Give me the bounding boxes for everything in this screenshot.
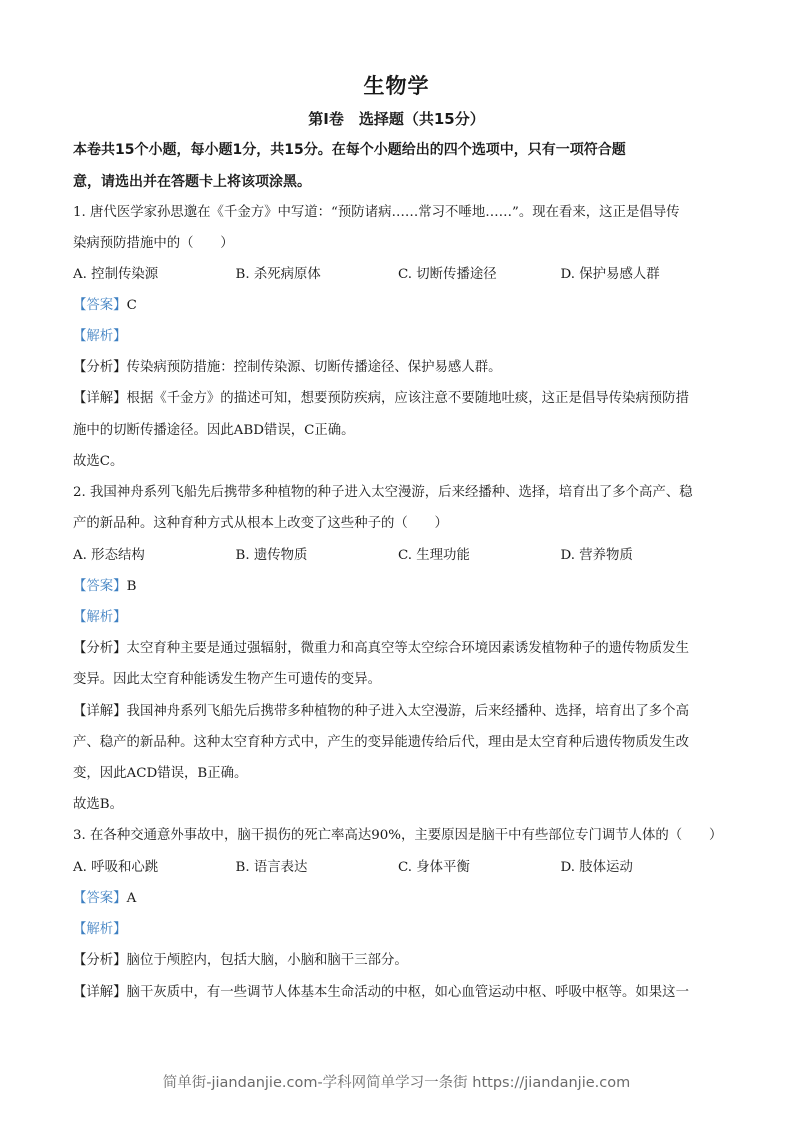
q2-detail-line-2: 产、稳产的新品种。这种太空育种方式中，产生的变异能遗传给后代，理由是太空育种后遗… xyxy=(73,734,723,752)
q3-answer: 【答案】A xyxy=(73,890,723,908)
q2-stem-line-1: 2. 我国神舟系列飞船先后携带多种植物的种子进入太空漫游，后来经播种、选择，培育… xyxy=(73,484,723,502)
q1-option-a: A. 控制传染源 xyxy=(73,266,236,284)
q1-analysis: 【分析】传染病预防措施：控制传染源、切断传播途径、保护易感人群。 xyxy=(73,359,723,377)
q1-detail-line-2: 施中的切断传播途径。因此ABD错误，C正确。 xyxy=(73,422,723,440)
q1-answer: 【答案】C xyxy=(73,297,723,315)
q1-analysis-label: 【解析】 xyxy=(73,328,723,346)
document-page: 生物学 第Ⅰ卷 选择题（共15分） 本卷共15个小题，每小题1分，共15分。在每… xyxy=(0,0,793,1122)
q3-answer-value: A xyxy=(127,891,137,906)
instructions-line-2: 意，请选出并在答题卡上将该项涂黑。 xyxy=(73,173,723,191)
q1-stem-line-1: 1. 唐代医学家孙思邈在《千金方》中写道：“预防诸病……常习不唾地……”。现在看… xyxy=(73,204,723,222)
q1-detail-line-1: 【详解】根据《千金方》的描述可知，想要预防疾病，应该注意不要随地吐痰，这正是倡导… xyxy=(73,390,723,408)
q2-answer-value: B xyxy=(127,579,137,594)
q3-option-a: A. 呼吸和心跳 xyxy=(73,859,236,877)
q2-detail-line-1: 【详解】我国神舟系列飞船先后携带多种植物的种子进入太空漫游，后来经播种、选择，培… xyxy=(73,703,723,721)
footer-watermark: 简单街-jiandanjie.com-学科网简单学习一条街 https://ji… xyxy=(0,1071,793,1092)
q3-option-b: B. 语言表达 xyxy=(236,859,399,877)
q3-stem-line-1: 3. 在各种交通意外事故中，脑干损伤的死亡率高达90%，主要原因是脑干中有些部位… xyxy=(73,827,723,845)
q3-option-d: D. 肢体运动 xyxy=(561,859,724,877)
answer-label: 【答案】 xyxy=(73,579,127,594)
q3-options: A. 呼吸和心跳 B. 语言表达 C. 身体平衡 D. 肢体运动 xyxy=(73,859,723,877)
q1-option-b: B. 杀死病原体 xyxy=(236,266,399,284)
q3-analysis-label: 【解析】 xyxy=(73,921,723,939)
q2-stem-line-2: 产的新品种。这种育种方式从根本上改变了这些种子的（ ） xyxy=(73,515,723,533)
q3-detail-line-1: 【详解】脑干灰质中，有一些调节人体基本生命活动的中枢，如心血管运动中枢、呼吸中枢… xyxy=(73,984,723,1002)
answer-label: 【答案】 xyxy=(73,891,127,906)
q1-stem-line-2: 染病预防措施中的（ ） xyxy=(73,235,723,253)
q1-option-d: D. 保护易感人群 xyxy=(561,266,724,284)
page-title: 生物学 xyxy=(0,70,793,100)
section-subtitle: 第Ⅰ卷 选择题（共15分） xyxy=(0,108,793,129)
q1-answer-value: C xyxy=(127,298,137,313)
q2-detail-line-3: 变，因此ACD错误，B正确。 xyxy=(73,765,723,783)
q2-option-c: C. 生理功能 xyxy=(398,547,561,565)
q2-option-d: D. 营养物质 xyxy=(561,547,724,565)
q2-option-a: A. 形态结构 xyxy=(73,547,236,565)
q2-analysis-line-1: 【分析】太空育种主要是通过强辐射，微重力和高真空等太空综合环境因素诱发植物种子的… xyxy=(73,640,723,658)
q2-analysis-label: 【解析】 xyxy=(73,609,723,627)
q2-answer: 【答案】B xyxy=(73,578,723,596)
q1-option-c: C. 切断传播途径 xyxy=(398,266,561,284)
q3-option-c: C. 身体平衡 xyxy=(398,859,561,877)
q2-analysis-line-2: 变异。因此太空育种能诱发生物产生可遗传的变异。 xyxy=(73,671,723,689)
q2-option-b: B. 遗传物质 xyxy=(236,547,399,565)
q1-conclusion: 故选C。 xyxy=(73,453,723,471)
q3-analysis: 【分析】脑位于颅腔内，包括大脑，小脑和脑干三部分。 xyxy=(73,952,723,970)
q2-conclusion: 故选B。 xyxy=(73,796,723,814)
answer-label: 【答案】 xyxy=(73,298,127,313)
instructions-line-1: 本卷共15个小题，每小题1分，共15分。在每个小题给出的四个选项中，只有一项符合… xyxy=(73,141,723,159)
q2-options: A. 形态结构 B. 遗传物质 C. 生理功能 D. 营养物质 xyxy=(73,547,723,565)
q1-options: A. 控制传染源 B. 杀死病原体 C. 切断传播途径 D. 保护易感人群 xyxy=(73,266,723,284)
